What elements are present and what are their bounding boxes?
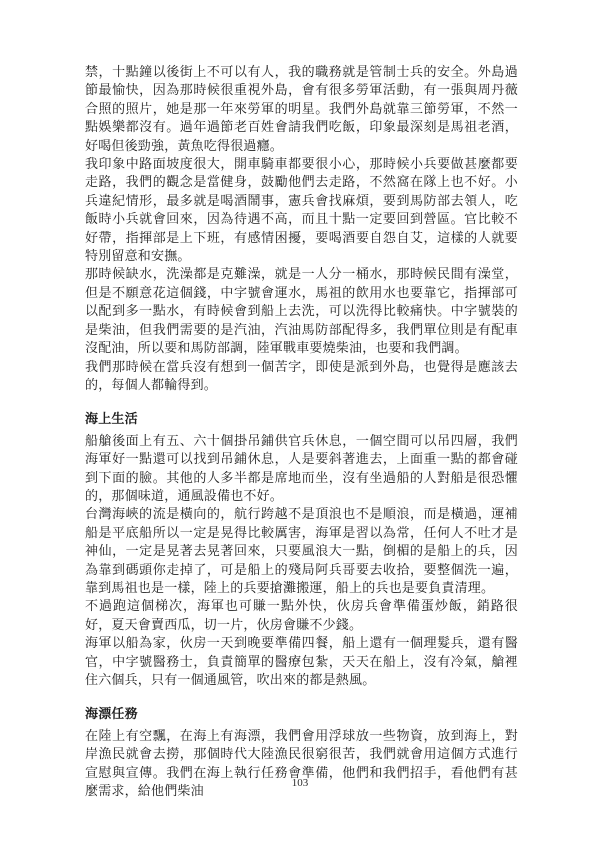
paragraph-7: 不過跑這個梯次，海軍也可賺一點外快，伙房兵會準備蛋炒飯，銷路很好，夏天會賣西瓜，… (85, 597, 518, 634)
page-body: 禁，十點鐘以後街上不可以有人，我的職務就是管制士兵的安全。外島過節最愉快，因為那… (85, 63, 518, 800)
paragraph-5: 船艙後面上有五、六十個掛吊鋪供官兵休息，一個空間可以吊四層，我們海軍好一點還可以… (85, 432, 518, 506)
paragraph-6: 台灣海峽的流是橫向的，航行跨越不是頂浪也不是順浪，而是橫過，運補船是平底船所以一… (85, 505, 518, 597)
paragraph-9: 在陸上有空飄，在海上有海漂，我們會用浮球放一些物資，放到海上，對岸漁民就會去撈，… (85, 727, 518, 801)
paragraph-8: 海軍以船為家，伙房一天到晚要準備四餐，船上還有一個理髮兵，還有醫官，中字號醫務士… (85, 634, 518, 689)
section-heading-sea-life: 海上生活 (85, 410, 518, 428)
paragraph-1: 禁，十點鐘以後街上不可以有人，我的職務就是管制士兵的安全。外島過節最愉快，因為那… (85, 63, 518, 155)
document-page: 禁，十點鐘以後街上不可以有人，我的職務就是管制士兵的安全。外島過節最愉快，因為那… (0, 0, 600, 848)
paragraph-2: 我印象中路面坡度很大，開車騎車都要很小心，那時候小兵要做甚麼都要走路，我們的觀念… (85, 155, 518, 265)
section-heading-sea-drift: 海漂任務 (85, 705, 518, 723)
paragraph-4: 我們那時候在當兵沒有想到一個苦字，即使是派到外島，也覺得是應該去的，每個人都輪得… (85, 358, 518, 395)
page-number: 103 (0, 777, 600, 789)
paragraph-3: 那時候缺水，洗澡都是克難澡，就是一人分一桶水，那時候民間有澡堂，但是不願意花這個… (85, 265, 518, 357)
